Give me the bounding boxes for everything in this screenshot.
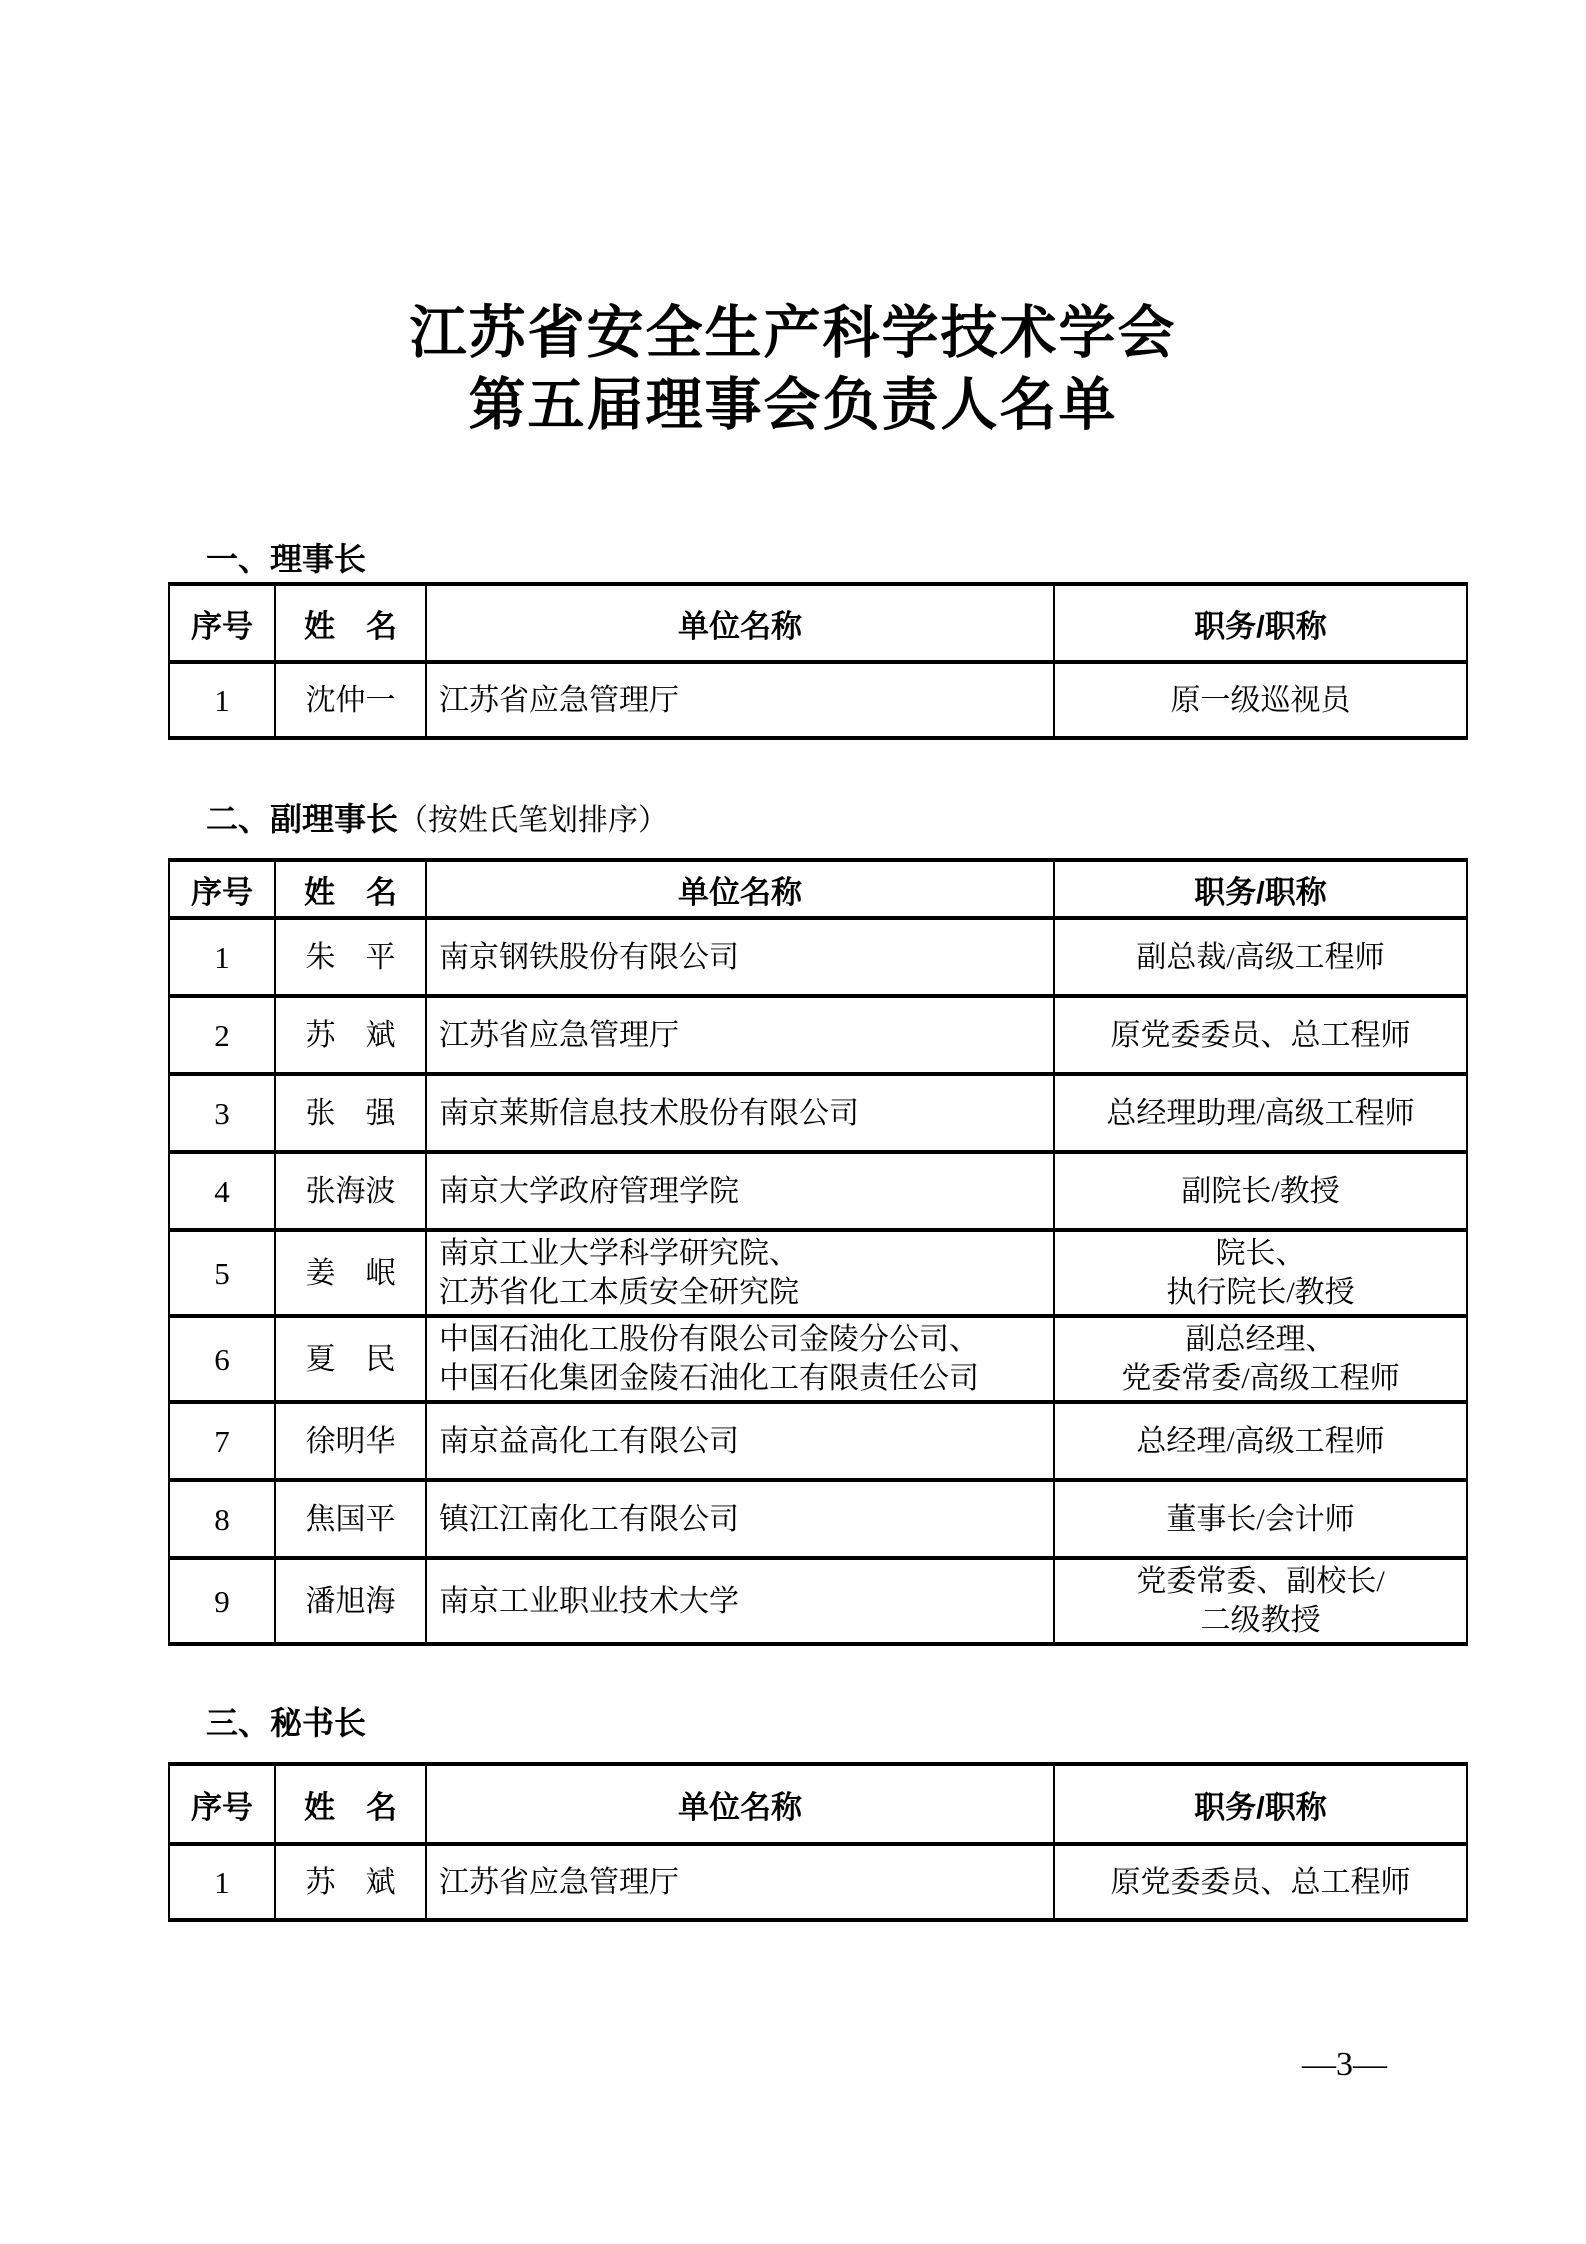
cell-role: 董事长/会计师 bbox=[1054, 1480, 1467, 1558]
col-header-org: 单位名称 bbox=[426, 860, 1054, 918]
table-row: 4 张海波 南京大学政府管理学院 副院长/教授 bbox=[169, 1152, 1467, 1230]
table-row: 2 苏 斌 江苏省应急管理厅 原党委委员、总工程师 bbox=[169, 996, 1467, 1074]
cell-no: 6 bbox=[169, 1316, 275, 1402]
table-row: 9 潘旭海 南京工业职业技术大学 党委常委、副校长/ 二级教授 bbox=[169, 1558, 1467, 1644]
cell-name: 徐明华 bbox=[275, 1402, 426, 1480]
col-header-role: 职务/职称 bbox=[1054, 584, 1467, 662]
cell-name: 朱 平 bbox=[275, 918, 426, 996]
cell-org: 南京钢铁股份有限公司 bbox=[426, 918, 1054, 996]
table-row: 1 沈仲一 江苏省应急管理厅 原一级巡视员 bbox=[169, 662, 1467, 738]
cell-name: 焦国平 bbox=[275, 1480, 426, 1558]
document-title-line1: 江苏省安全生产科学技术学会 bbox=[0, 298, 1586, 370]
cell-org: 江苏省应急管理厅 bbox=[426, 662, 1054, 738]
col-header-role: 职务/职称 bbox=[1054, 1764, 1467, 1844]
cell-name: 苏 斌 bbox=[275, 996, 426, 1074]
table-row: 1 苏 斌 江苏省应急管理厅 原党委委员、总工程师 bbox=[169, 1844, 1467, 1920]
cell-name: 姜 岷 bbox=[275, 1230, 426, 1316]
cell-no: 3 bbox=[169, 1074, 275, 1152]
cell-no: 1 bbox=[169, 1844, 275, 1920]
chairman-table: 序号 姓 名 单位名称 职务/职称 1 沈仲一 江苏省应急管理厅 原一级巡视员 bbox=[168, 582, 1468, 740]
table-row: 5 姜 岷 南京工业大学科学研究院、 江苏省化工本质安全研究院 院长、 执行院长… bbox=[169, 1230, 1467, 1316]
table-row: 1 朱 平 南京钢铁股份有限公司 副总裁/高级工程师 bbox=[169, 918, 1467, 996]
col-header-name: 姓 名 bbox=[275, 860, 426, 918]
document-title: 江苏省安全生产科学技术学会 第五届理事会负责人名单 bbox=[0, 298, 1586, 442]
col-header-name: 姓 名 bbox=[275, 584, 426, 662]
cell-role: 原党委委员、总工程师 bbox=[1054, 1844, 1467, 1920]
cell-name: 潘旭海 bbox=[275, 1558, 426, 1644]
cell-role: 党委常委、副校长/ 二级教授 bbox=[1054, 1558, 1467, 1644]
cell-name: 张 强 bbox=[275, 1074, 426, 1152]
document-page: 江苏省安全生产科学技术学会 第五届理事会负责人名单 一、理事长 序号 姓 名 单… bbox=[0, 0, 1586, 2244]
section-heading-label: 二、副理事长 bbox=[206, 801, 398, 837]
cell-role: 副总经理、 党委常委/高级工程师 bbox=[1054, 1316, 1467, 1402]
section-heading-label: 三、秘书长 bbox=[206, 1705, 366, 1741]
cell-role: 总经理助理/高级工程师 bbox=[1054, 1074, 1467, 1152]
cell-org: 中国石油化工股份有限公司金陵分公司、 中国石化集团金陵石油化工有限责任公司 bbox=[426, 1316, 1054, 1402]
cell-role: 副院长/教授 bbox=[1054, 1152, 1467, 1230]
cell-role: 原一级巡视员 bbox=[1054, 662, 1467, 738]
vice-chairmen-table: 序号 姓 名 单位名称 职务/职称 1 朱 平 南京钢铁股份有限公司 副总裁/高… bbox=[168, 858, 1468, 1646]
cell-role: 院长、 执行院长/教授 bbox=[1054, 1230, 1467, 1316]
cell-no: 8 bbox=[169, 1480, 275, 1558]
section-heading-secretary-general: 三、秘书长 bbox=[206, 1702, 1586, 1746]
cell-name: 沈仲一 bbox=[275, 662, 426, 738]
cell-org: 镇江江南化工有限公司 bbox=[426, 1480, 1054, 1558]
document-title-line2: 第五届理事会负责人名单 bbox=[0, 370, 1586, 442]
cell-org: 江苏省应急管理厅 bbox=[426, 1844, 1054, 1920]
page-number: —3— bbox=[1302, 2046, 1387, 2084]
cell-role: 副总裁/高级工程师 bbox=[1054, 918, 1467, 996]
cell-no: 9 bbox=[169, 1558, 275, 1644]
cell-org: 南京工业职业技术大学 bbox=[426, 1558, 1054, 1644]
col-header-no: 序号 bbox=[169, 860, 275, 918]
col-header-name: 姓 名 bbox=[275, 1764, 426, 1844]
col-header-no: 序号 bbox=[169, 1764, 275, 1844]
table-row: 8 焦国平 镇江江南化工有限公司 董事长/会计师 bbox=[169, 1480, 1467, 1558]
section-heading-label: 一、理事长 bbox=[206, 541, 366, 577]
cell-no: 1 bbox=[169, 918, 275, 996]
cell-name: 苏 斌 bbox=[275, 1844, 426, 1920]
col-header-org: 单位名称 bbox=[426, 584, 1054, 662]
cell-name: 夏 民 bbox=[275, 1316, 426, 1402]
col-header-org: 单位名称 bbox=[426, 1764, 1054, 1844]
table-header-row: 序号 姓 名 单位名称 职务/职称 bbox=[169, 1764, 1467, 1844]
cell-org: 南京工业大学科学研究院、 江苏省化工本质安全研究院 bbox=[426, 1230, 1054, 1316]
col-header-role: 职务/职称 bbox=[1054, 860, 1467, 918]
cell-no: 7 bbox=[169, 1402, 275, 1480]
cell-role: 原党委委员、总工程师 bbox=[1054, 996, 1467, 1074]
section-heading-vice-chairmen: 二、副理事长（按姓氏笔划排序） bbox=[206, 798, 1586, 842]
cell-name: 张海波 bbox=[275, 1152, 426, 1230]
table-row: 7 徐明华 南京益高化工有限公司 总经理/高级工程师 bbox=[169, 1402, 1467, 1480]
cell-org: 江苏省应急管理厅 bbox=[426, 996, 1054, 1074]
table-row: 6 夏 民 中国石油化工股份有限公司金陵分公司、 中国石化集团金陵石油化工有限责… bbox=[169, 1316, 1467, 1402]
col-header-no: 序号 bbox=[169, 584, 275, 662]
cell-org: 南京莱斯信息技术股份有限公司 bbox=[426, 1074, 1054, 1152]
cell-org: 南京大学政府管理学院 bbox=[426, 1152, 1054, 1230]
cell-no: 1 bbox=[169, 662, 275, 738]
secretary-general-table: 序号 姓 名 单位名称 职务/职称 1 苏 斌 江苏省应急管理厅 原党委委员、总… bbox=[168, 1762, 1468, 1922]
table-row: 3 张 强 南京莱斯信息技术股份有限公司 总经理助理/高级工程师 bbox=[169, 1074, 1467, 1152]
table-header-row: 序号 姓 名 单位名称 职务/职称 bbox=[169, 584, 1467, 662]
cell-no: 2 bbox=[169, 996, 275, 1074]
section-heading-note: （按姓氏笔划排序） bbox=[398, 804, 668, 837]
cell-role: 总经理/高级工程师 bbox=[1054, 1402, 1467, 1480]
cell-no: 5 bbox=[169, 1230, 275, 1316]
table-header-row: 序号 姓 名 单位名称 职务/职称 bbox=[169, 860, 1467, 918]
cell-no: 4 bbox=[169, 1152, 275, 1230]
cell-org: 南京益高化工有限公司 bbox=[426, 1402, 1054, 1480]
section-heading-chairman: 一、理事长 bbox=[206, 538, 1586, 582]
